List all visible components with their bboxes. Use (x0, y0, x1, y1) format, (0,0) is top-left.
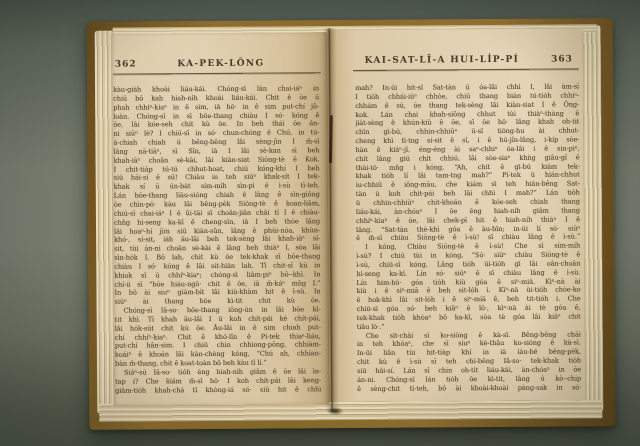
book-gutter (323, 28, 340, 412)
page-number-right: 363 (551, 54, 573, 64)
open-book: 362 KA-PEK-LÔNG kàu-gia̍h khoài liáu-kái… (87, 18, 616, 430)
page-number-left: 362 (115, 59, 137, 69)
photo-background: 362 KA-PEK-LÔNG kàu-gia̍h khoài liáu-kái… (0, 0, 640, 446)
page-header-right: KAI-SAT-LĪ-A HUI-LI̍P-PÍ 363 (353, 54, 575, 68)
page-text-right: mah? In-ūi hit-sî Sat-tàn ū óa-lâi chhì … (355, 82, 581, 393)
running-title-left: KA-PEK-LÔNG (115, 58, 319, 69)
header-rule-left (113, 72, 321, 75)
page-text-left: kàu-gia̍h khoài liáu-kái. Chóng-sī lán c… (113, 84, 321, 395)
text-line: giām-tio̍h khah-chá tī khòng-iá só· siū … (115, 385, 321, 395)
gutter-shadow-blot (327, 407, 343, 415)
header-rule-right (353, 68, 579, 72)
text-line: tek-khak tio̍h khòaⁿ bô ka-kī, sòa tè gó… (357, 312, 581, 322)
running-title-right: KAI-SAT-LĪ-A HUI-LI̍P-PÍ (353, 54, 575, 66)
text-line: ê sèng-chit tī-teh, bô ài khoài-khoài pà… (357, 383, 581, 393)
page-header-left: 362 KA-PEK-LÔNG (115, 58, 319, 71)
page-left: 362 KA-PEK-LÔNG kàu-gia̍h khoài liáu-kái… (111, 32, 330, 405)
page-right: KAI-SAT-LĪ-A HUI-LI̍P-PÍ 363 mah? In-ūi … (327, 28, 586, 402)
